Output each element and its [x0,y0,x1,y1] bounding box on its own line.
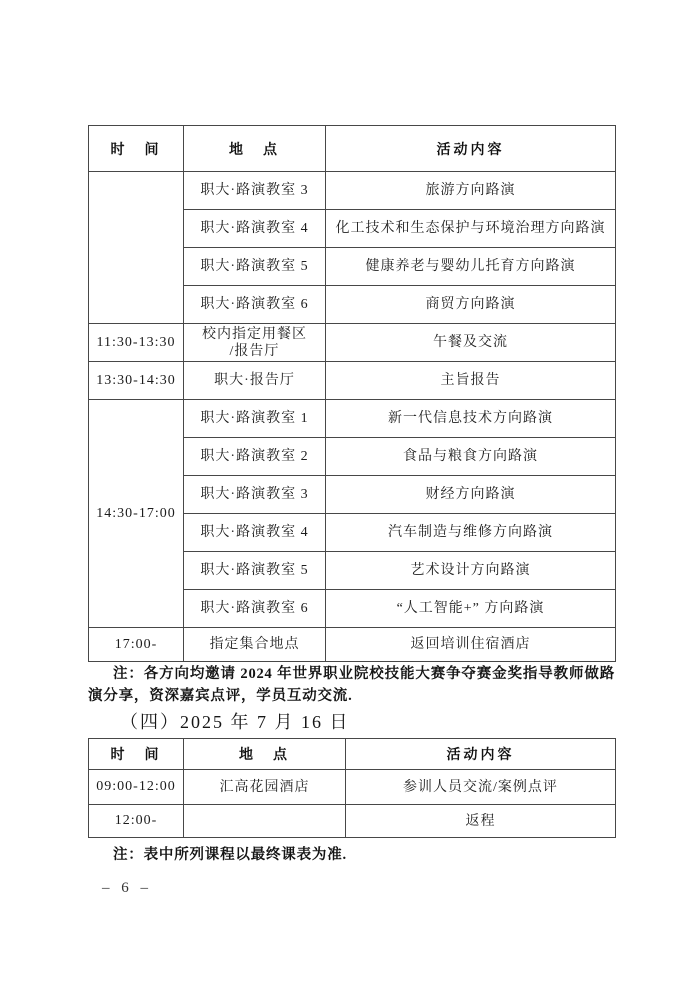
location-cell: 职大·路演教室 2 [184,438,326,476]
time-cell: 14:30-17:00 [89,400,184,628]
table-row: 职大·路演教室 3 旅游方向路演 [89,172,616,210]
table-row: 17:00- 指定集合地点 返回培训住宿酒店 [89,628,616,662]
location-cell: 汇高花园酒店 [184,770,346,805]
activity-cell: 食品与粮食方向路演 [326,438,616,476]
activity-cell: 午餐及交流 [326,324,616,362]
location-cell: 职大·路演教室 3 [184,476,326,514]
activity-cell: 参训人员交流/案例点评 [346,770,616,805]
activity-cell: 新一代信息技术方向路演 [326,400,616,438]
location-cell: 职大·路演教室 1 [184,400,326,438]
location-cell: 职大·路演教室 6 [184,590,326,628]
activity-cell: 商贸方向路演 [326,286,616,324]
header-location: 地 点 [184,739,346,770]
note-day3: 注：各方向均邀请 2024 年世界职业院校技能大赛争夺赛金奖指导教师做路演分享，… [88,663,615,707]
header-activity: 活动内容 [326,126,616,172]
header-time: 时 间 [89,739,184,770]
location-cell: 职大·路演教室 4 [184,210,326,248]
location-cell: 职大·路演教室 3 [184,172,326,210]
time-cell: 09:00-12:00 [89,770,184,805]
note-day4: 注：表中所列课程以最终课表为准. [88,846,615,864]
header-location: 地 点 [184,126,326,172]
time-cell-empty [89,172,184,324]
page-number: – 6 – [102,880,152,897]
table-header-row: 时 间 地 点 活动内容 [89,739,616,770]
activity-cell: 主旨报告 [326,362,616,400]
activity-cell: 财经方向路演 [326,476,616,514]
time-cell: 17:00- [89,628,184,662]
time-cell: 13:30-14:30 [89,362,184,400]
time-cell: 12:00- [89,805,184,838]
activity-cell: 返回培训住宿酒店 [326,628,616,662]
table-row: 13:30-14:30 职大·报告厅 主旨报告 [89,362,616,400]
table-row: 14:30-17:00 职大·路演教室 1 新一代信息技术方向路演 [89,400,616,438]
table-header-row: 时 间 地 点 活动内容 [89,126,616,172]
location-cell: 校内指定用餐区 /报告厅 [184,324,326,362]
location-cell-empty [184,805,346,838]
table-row: 11:30-13:30 校内指定用餐区 /报告厅 午餐及交流 [89,324,616,362]
activity-cell: “人工智能+” 方向路演 [326,590,616,628]
table-row: 09:00-12:00 汇高花园酒店 参训人员交流/案例点评 [89,770,616,805]
location-cell: 指定集合地点 [184,628,326,662]
time-cell: 11:30-13:30 [89,324,184,362]
location-cell: 职大·报告厅 [184,362,326,400]
activity-cell: 化工技术和生态保护与环境治理方向路演 [326,210,616,248]
header-activity: 活动内容 [346,739,616,770]
table-row: 12:00- 返程 [89,805,616,838]
activity-cell: 旅游方向路演 [326,172,616,210]
location-cell: 职大·路演教室 5 [184,248,326,286]
location-cell: 职大·路演教室 6 [184,286,326,324]
activity-cell: 艺术设计方向路演 [326,552,616,590]
activity-cell: 返程 [346,805,616,838]
activity-cell: 汽车制造与维修方向路演 [326,514,616,552]
location-cell: 职大·路演教室 5 [184,552,326,590]
location-cell: 职大·路演教室 4 [184,514,326,552]
schedule-table-day3: 时 间 地 点 活动内容 职大·路演教室 3 旅游方向路演 职大·路演教室 4 … [88,125,616,662]
schedule-table-day4: 时 间 地 点 活动内容 09:00-12:00 汇高花园酒店 参训人员交流/案… [88,738,616,838]
document-page: 时 间 地 点 活动内容 职大·路演教室 3 旅游方向路演 职大·路演教室 4 … [0,0,700,990]
header-time: 时 间 [89,126,184,172]
section-heading-day4: （四）2025 年 7 月 16 日 [120,708,350,734]
activity-cell: 健康养老与婴幼儿托育方向路演 [326,248,616,286]
